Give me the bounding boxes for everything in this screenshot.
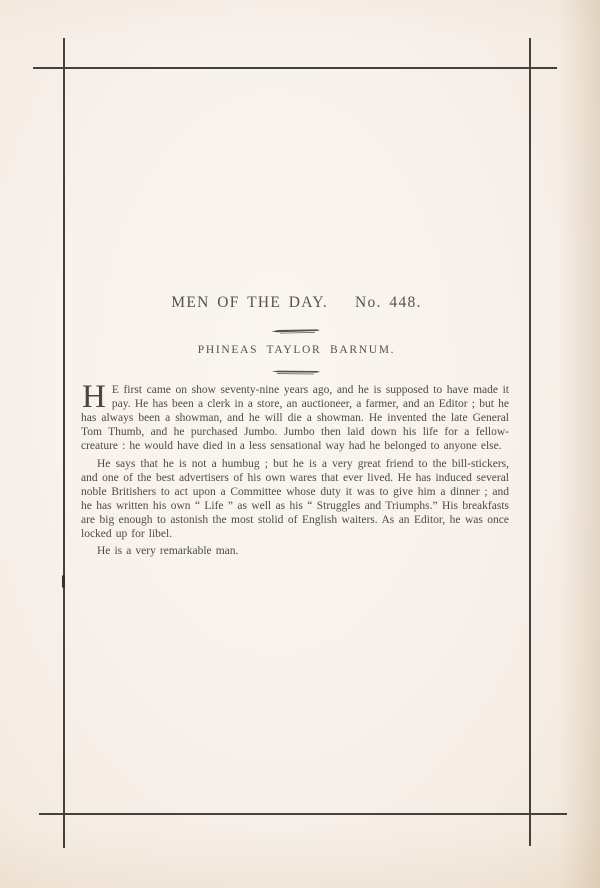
article-body: HE first came on show seventy-nine years… <box>81 383 509 558</box>
series-title: MEN OF THE DAY. <box>171 294 328 311</box>
tapered-rule-ornament <box>271 327 321 336</box>
ink-smudge <box>62 575 65 588</box>
masthead: MEN OF THE DAY.No. 448. <box>63 294 530 312</box>
frame-rule-left <box>63 38 65 848</box>
paragraph: He is a very remarkable man. <box>81 544 509 558</box>
issue-number: No. 448. <box>355 294 422 311</box>
paragraph: HE first came on show seventy-nine years… <box>81 383 509 453</box>
subject-name: PHINEAS TAYLOR BARNUM. <box>63 344 530 356</box>
tapered-rule-ornament <box>271 368 321 377</box>
paragraph-text: He is a very remarkable man. <box>97 545 238 557</box>
paragraph: He says that he is not a humbug ; but he… <box>81 457 509 541</box>
paragraph-text: E first came on show seventy-nine years … <box>81 384 509 452</box>
frame-rule-right <box>529 38 531 846</box>
paragraph-text: He says that he is not a humbug ; but he… <box>81 458 509 540</box>
scanned-magazine-page: MEN OF THE DAY.No. 448. PHINEAS TAYLOR B… <box>0 0 600 888</box>
frame-rule-top <box>33 67 557 69</box>
frame-rule-bottom <box>39 813 567 815</box>
drop-cap: H <box>81 383 112 411</box>
